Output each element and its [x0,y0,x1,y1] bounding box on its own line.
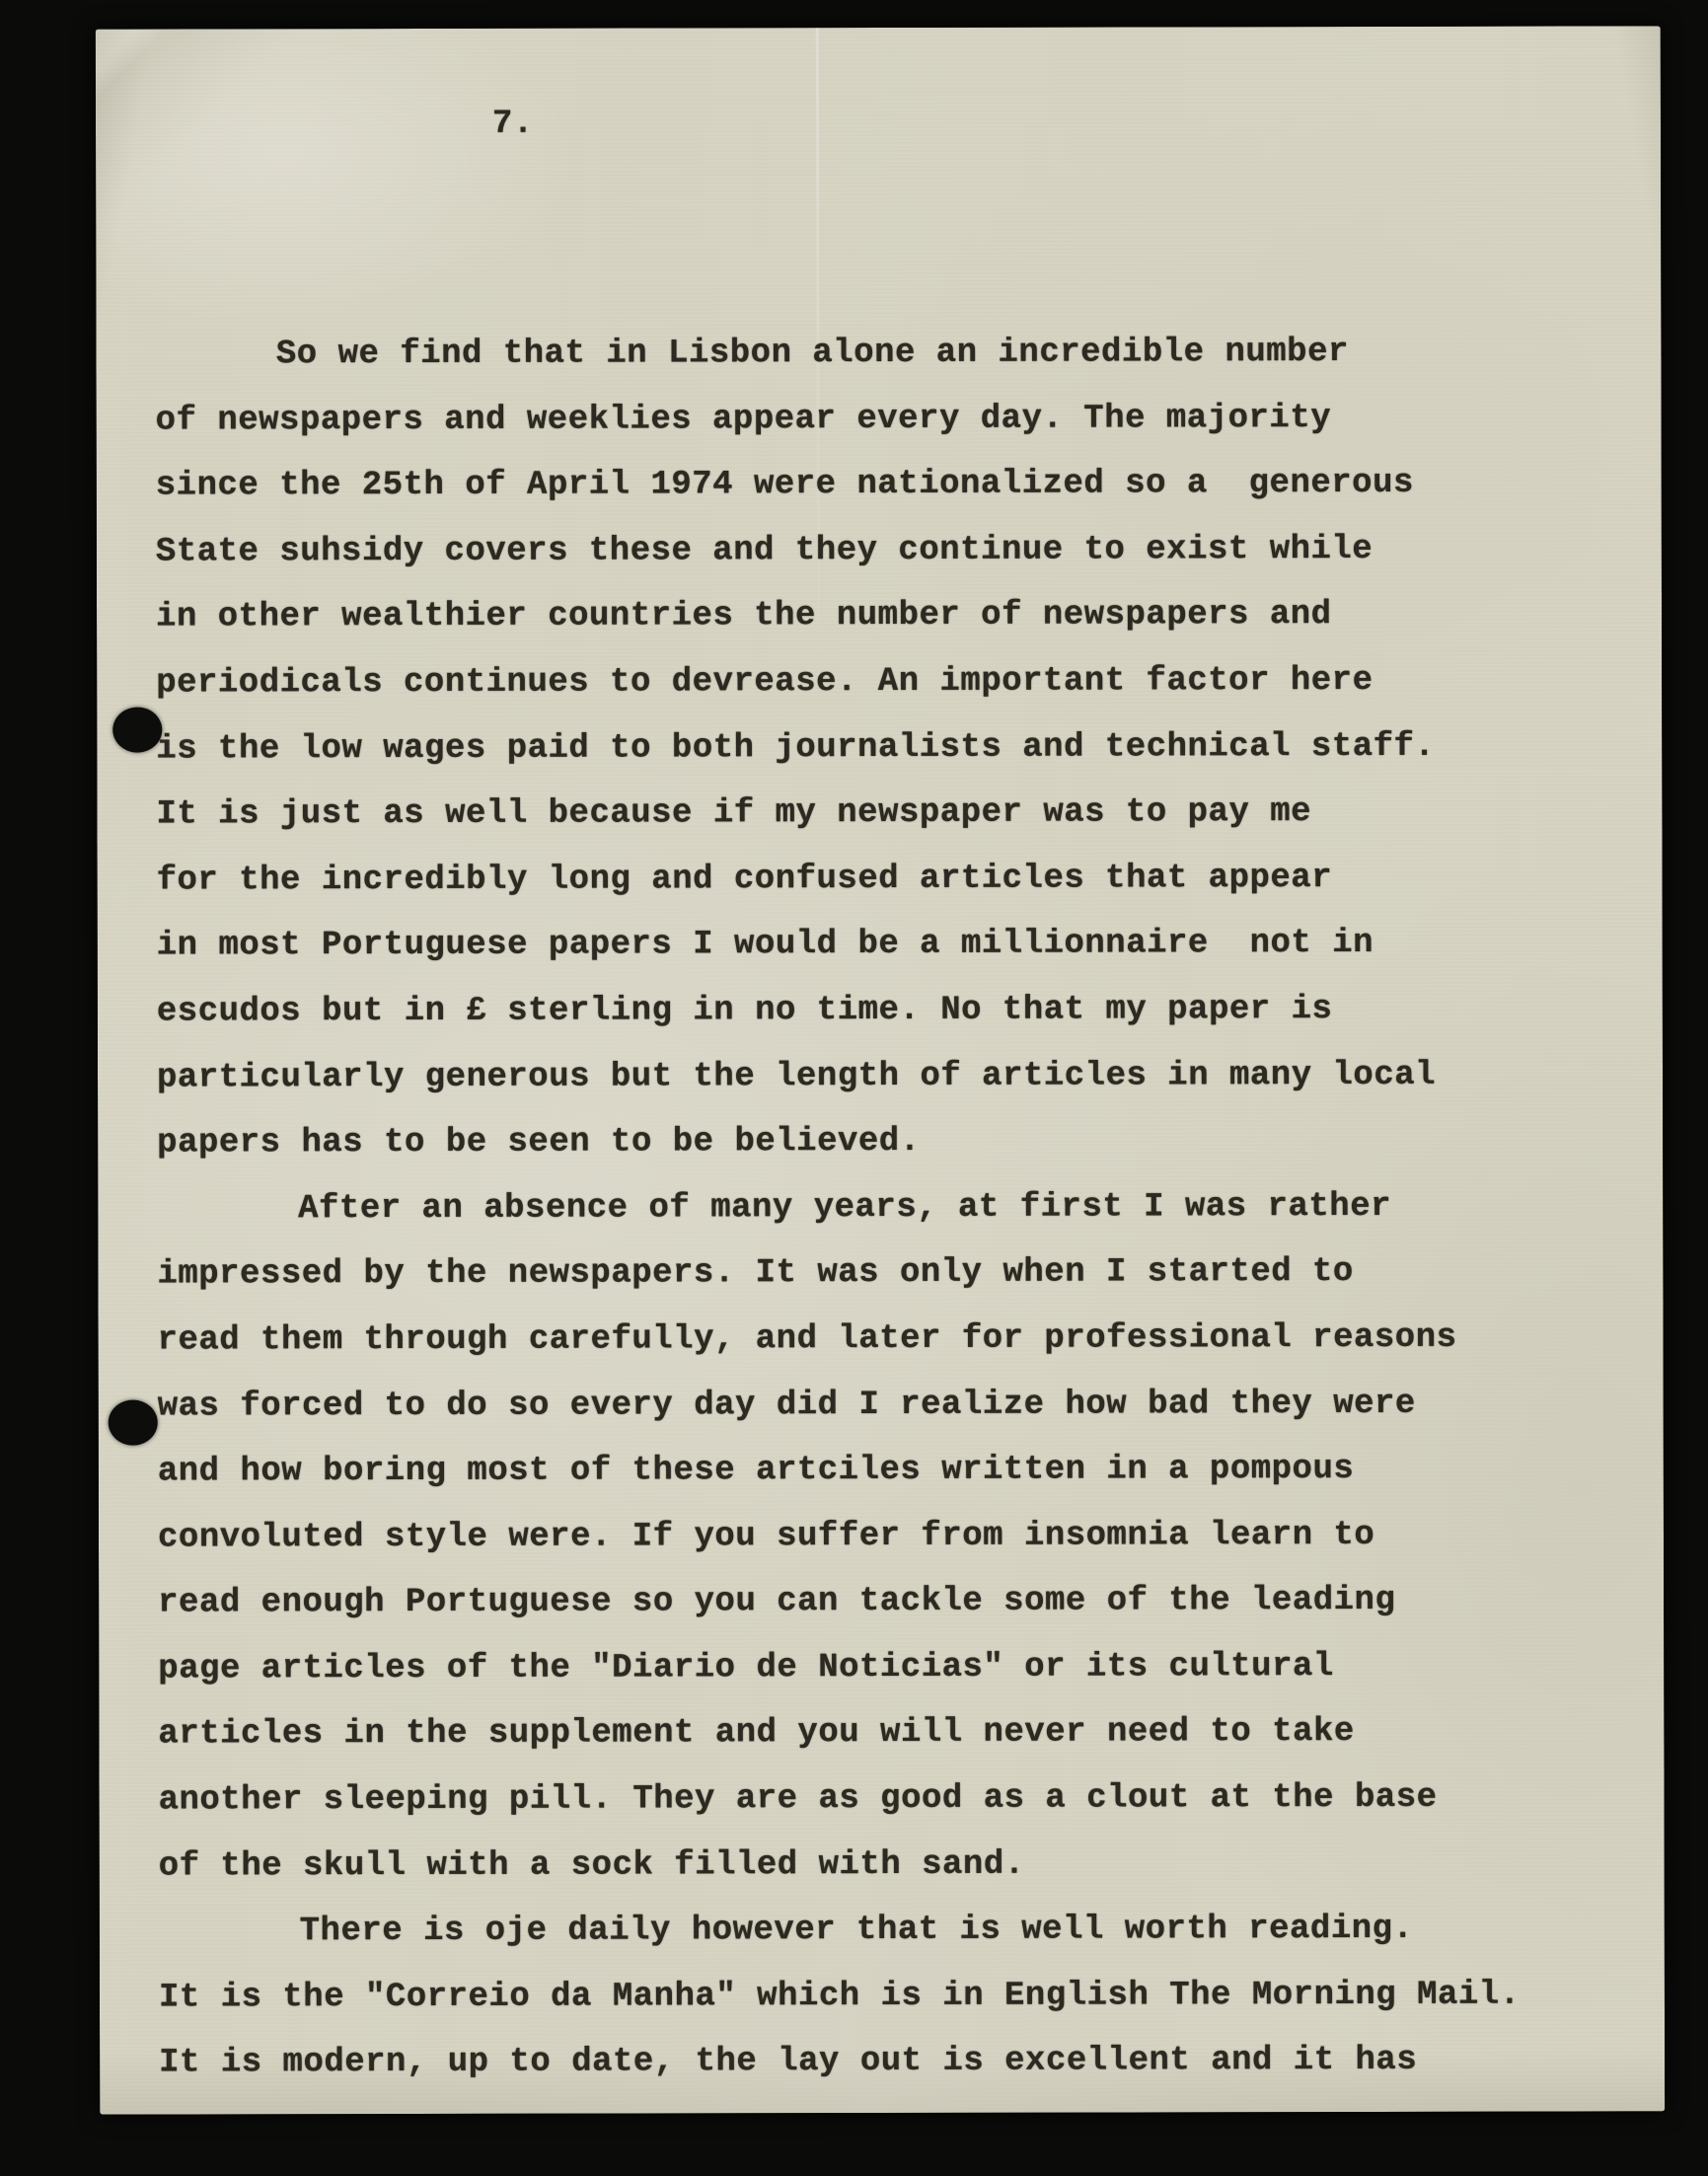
typewritten-line: After an absence of many years, at first… [157,1173,1519,1241]
typewritten-line: of the skull with a sock filled with san… [159,1831,1521,1899]
hole-punch [109,1400,158,1446]
typewritten-line: in other wealthier countries the number … [156,582,1518,650]
typewritten-line: State suhsidy covers these and they cont… [156,516,1518,584]
typewritten-line: escudos but in £ sterling in no time. No… [157,977,1519,1045]
typewritten-line: was forced to do so every day did I real… [158,1371,1520,1439]
typewritten-line: It is modern, up to date, the lay out is… [159,2028,1521,2096]
hole-punch [112,708,162,753]
page-number: 7. [492,106,534,143]
typewritten-line: impressed by the newspapers. It was only… [157,1239,1519,1308]
typewritten-line: So we find that in Lisbon alone an incre… [155,320,1517,388]
typewritten-line: for the incredibly long and confused art… [157,845,1519,913]
typewritten-line: read enough Portuguese so you can tackle… [158,1568,1520,1636]
scan-background: 7. So we find that in Lisbon alone an in… [0,0,1708,2176]
paper-crease [96,29,353,286]
typewritten-line: since the 25th of April 1974 were nation… [156,451,1518,519]
typewritten-line: It is just as well because if my newspap… [156,780,1518,848]
typewritten-line: There is oje daily however that is well … [159,1897,1521,1965]
typewritten-text: So we find that in Lisbon alone an incre… [155,320,1521,2097]
typewritten-line: page articles of the "Diario de Noticias… [158,1634,1520,1702]
typewritten-line: convoluted style were. If you suffer fro… [158,1502,1520,1570]
typewritten-line: particularly generous but the length of … [157,1042,1519,1110]
typewritten-line: is the low wages paid to both journalist… [156,713,1518,782]
typewritten-line: in most Portuguese papers I would be a m… [157,911,1519,979]
typewritten-line: and how boring most of these artciles wr… [158,1437,1520,1505]
typewritten-line: articles in the supplement and you will … [158,1699,1520,1767]
typewritten-line: read them through carefully, and later f… [158,1306,1520,1374]
typewritten-line: It is the "Correio da Manha" which is in… [159,1962,1521,2030]
typewritten-line: another sleeping pill. They are as good … [158,1765,1520,1834]
typewritten-line: of newspapers and weeklies appear every … [156,385,1518,453]
typewritten-line: papers has to be seen to be believed. [157,1108,1519,1176]
document-page: 7. So we find that in Lisbon alone an in… [96,26,1665,2114]
typewritten-line: periodicals continues to devrease. An im… [156,648,1518,716]
